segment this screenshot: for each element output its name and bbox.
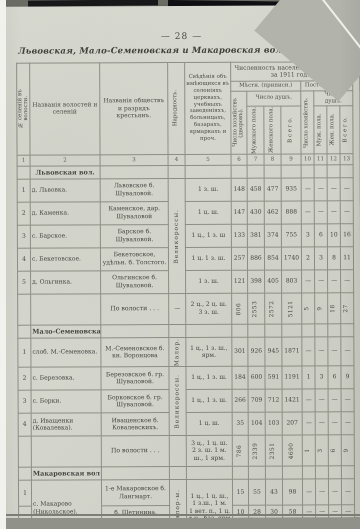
society-cell: Березовское б. гр. Шуваловой.: [101, 367, 169, 390]
outsider-population-cell: —: [328, 270, 341, 293]
header-households-local: Число хозяйствъ (дворовъ).: [231, 91, 247, 154]
header-total-local: В с е г о.: [281, 106, 301, 154]
local-population-cell: 886: [247, 247, 264, 270]
outsider-population-cell: —: [302, 337, 315, 366]
local-population-cell: 148: [231, 178, 247, 201]
header-souls-local: Число душъ.: [247, 91, 301, 106]
local-population-cell: 888: [281, 201, 301, 224]
settlement-cell: с. Барское.: [30, 225, 100, 248]
population-cell: [282, 466, 302, 479]
info-cell: 1 ц. ш.: [186, 412, 232, 435]
table-row: 4с. Бекетовское.Бекетовское, удѣльн. б. …: [17, 247, 353, 271]
local-population-cell: 477: [264, 178, 281, 201]
nationality-cell: —: [169, 293, 186, 324]
local-population-cell: 15: [232, 479, 248, 505]
column-index: 1: [17, 155, 30, 166]
outsider-population-cell: 9: [341, 366, 354, 389]
population-cell: [281, 165, 301, 178]
outsider-population-cell: 6: [328, 366, 341, 389]
outsider-population-cell: —: [328, 389, 341, 412]
local-total-cell: 2572: [265, 293, 282, 324]
outsider-total-cell-text: 6: [331, 448, 338, 452]
local-total-cell-text: 786: [237, 445, 244, 458]
population-cell: [282, 324, 302, 337]
settlement-cell: [31, 294, 101, 325]
nationality-cell: Великороссы.: [169, 367, 186, 436]
local-population-cell: 104: [248, 412, 265, 435]
outsider-population-cell: —: [315, 270, 328, 293]
info-cell: 1 ц. 1 з. ш.: [185, 247, 231, 270]
totals-label: По волости . . .: [101, 436, 169, 467]
header-volost-names: Названія волостей и селеній: [30, 63, 100, 155]
outsider-population-cell: —: [302, 479, 315, 505]
outsider-population-cell: —: [315, 479, 328, 505]
society-cell: Барское б. Шуваловой.: [100, 225, 168, 248]
population-cell: [341, 324, 354, 337]
settlement-cell: [31, 436, 101, 467]
population-cell: [315, 324, 328, 337]
nationality-cell-text: Малор.: [174, 338, 180, 366]
row-number-cell: [18, 467, 31, 480]
outsider-population-cell: 16: [340, 224, 353, 247]
society-cell: Бекетовское, удѣльн. б. Толстого.: [100, 248, 168, 271]
info-cell: 2 ц., 2 ц. ш. 3 з. ш.: [186, 293, 232, 324]
column-index: 4: [168, 154, 185, 165]
nationality-cell: Великороссы.: [168, 178, 186, 293]
local-population-cell: 430: [247, 201, 264, 224]
local-population-cell: 35: [232, 412, 248, 435]
outsider-population-cell: —: [341, 270, 354, 293]
nationality-cell-text: Великороссы.: [174, 374, 180, 429]
local-population-cell: 854: [264, 247, 281, 270]
local-population-cell: 755: [281, 224, 301, 247]
row-number-cell: 2: [17, 202, 30, 225]
nationality-cell: [169, 436, 186, 467]
outsider-population-cell: —: [302, 270, 315, 293]
outsider-population-cell: —: [328, 412, 341, 435]
column-index: 6: [231, 154, 247, 165]
table-row: 1с. Макарово (Никольское).1-е Макаровско…: [18, 479, 354, 506]
info-cell: 1 з. ш.: [186, 270, 232, 293]
header-local-group: Мѣстн. (приписн.): [231, 81, 301, 91]
local-population-cell: 709: [248, 389, 265, 412]
population-cell: [341, 466, 354, 479]
outsider-population-cell: 2: [301, 247, 314, 270]
row-number-cell: [18, 436, 31, 467]
settlement-cell: с. Борки.: [31, 390, 101, 413]
table-row: 2д. Каменка.Каменское, дар. Шуваловой1 ц…: [17, 201, 353, 225]
outsider-population-cell: —: [315, 412, 328, 435]
local-total-cell-text: 2351: [270, 442, 277, 459]
info-cell: 1 ц., 1 з. ш.: [186, 389, 232, 412]
outsider-population-cell: —: [301, 201, 314, 224]
volost-totals-row: По волости . . .—2 ц., 2 ц. ш. 3 з. ш.80…: [18, 293, 354, 325]
row-number-cell: 3: [18, 390, 31, 413]
section-title: Макаровская вол: [31, 467, 101, 480]
row-number-cell: [18, 325, 31, 338]
population-cell: [302, 324, 315, 337]
local-population-cell: 462: [264, 201, 281, 224]
column-index: 3: [100, 155, 168, 166]
local-total-cell: 806: [232, 293, 248, 324]
column-index: 11: [314, 154, 327, 165]
scanner-edge-strip: [0, 0, 6, 529]
outsider-population-cell: —: [341, 412, 354, 435]
local-population-cell: 405: [265, 270, 282, 293]
outsider-population-cell: —: [314, 201, 327, 224]
outsider-population-cell: —: [301, 178, 314, 201]
outsider-total-cell-text: 9: [318, 306, 325, 310]
local-population-cell: 381: [247, 224, 264, 247]
population-cell: [328, 466, 341, 479]
table-row: 3с. Барское.Барское б. Шуваловой.1 ц., 1…: [17, 224, 353, 248]
society-cell: Каменское, дар. Шуваловой: [100, 202, 168, 225]
settlement-cell: д. Каменка.: [30, 202, 100, 225]
local-total-cell-text: 2572: [270, 300, 277, 317]
local-population-cell: 398: [248, 270, 265, 293]
nationality-cell: [169, 324, 186, 337]
local-total-cell: 4690: [282, 435, 302, 466]
column-index: 8: [264, 154, 281, 165]
outsider-total-cell: 5: [302, 293, 315, 324]
outsider-population-cell: —: [340, 178, 353, 201]
outsider-population-cell: —: [315, 337, 328, 366]
population-cell: [328, 324, 341, 337]
scanned-page: — 28 — Львовская, Мало-Семеновская и Мак…: [4, 5, 360, 519]
outsider-population-cell: 1: [302, 366, 315, 389]
population-cell: [315, 466, 328, 479]
nationality-cell: [169, 467, 186, 480]
outsider-population-cell: —: [340, 201, 353, 224]
local-population-cell: 945: [265, 337, 282, 366]
outsider-population-cell: —: [341, 337, 354, 366]
population-cell: [265, 466, 282, 479]
outsider-population-cell: —: [341, 389, 354, 412]
population-cell: [264, 165, 281, 178]
section-title: Львовская вол.: [30, 166, 100, 179]
row-number-cell: 1: [17, 179, 30, 202]
local-population-cell: 301: [232, 337, 248, 366]
column-index: 10: [301, 154, 314, 165]
local-population-cell: 147: [231, 201, 247, 224]
nationality-cell: [168, 165, 185, 178]
local-population-cell: 43: [265, 479, 282, 505]
society-cell: Львовское б. Шуваловой.: [100, 179, 168, 202]
local-total-cell: 5121: [282, 293, 302, 324]
population-cell: [248, 324, 265, 337]
outsider-population-cell: 3: [301, 224, 314, 247]
local-population-cell: 1871: [282, 337, 302, 366]
outsider-population-cell: —: [328, 479, 341, 505]
local-population-cell: 600: [248, 366, 265, 389]
population-cell: [340, 165, 353, 178]
local-total-cell: 786: [232, 435, 248, 466]
society-cell: М.-Семеновское б. кн. Воронцова: [101, 338, 169, 367]
outsider-total-cell: 6: [328, 435, 341, 466]
statistics-table: № селеній въ волости. Названія волостей …: [16, 61, 355, 529]
column-index: 9: [281, 154, 301, 165]
table-row: 1слоб. М.-Семеновка.М.-Семеновское б. кн…: [18, 337, 354, 368]
section-title: Мало-Семеновская вол: [31, 325, 101, 338]
local-population-cell: 1191: [282, 366, 302, 389]
outsider-total-cell-text: 9: [344, 448, 351, 452]
outsider-total-cell: 18: [328, 293, 341, 324]
local-population-cell: 266: [232, 389, 248, 412]
local-population-cell: 133: [231, 224, 247, 247]
outsider-population-cell: 3: [315, 366, 328, 389]
local-total-cell-text: 2553: [253, 300, 260, 317]
society-cell: Ольгинское б. Шуваловой.: [101, 271, 169, 294]
table-row: 3с. Борки.Борковское б. гр. Шуваловой.1 …: [18, 389, 354, 413]
table-body: Львовская вол.1д. Львовка.Львовское б. Ш…: [17, 165, 355, 529]
outsider-population-cell: —: [302, 389, 315, 412]
header-female-out: Жен. пола.: [327, 106, 340, 154]
settlement-cell: с. Березовка.: [31, 367, 101, 390]
row-number-cell: 1: [18, 480, 31, 506]
info-cell: 1 ц., 1 з. ш: [185, 224, 231, 247]
local-population-cell: 935: [281, 178, 301, 201]
column-index: 13: [340, 154, 353, 165]
row-number-cell: [17, 166, 30, 179]
society-cell: [100, 166, 168, 179]
outsider-population-cell: —: [328, 337, 341, 366]
outsider-total-cell: 1: [302, 435, 315, 466]
row-number-cell: 4: [17, 248, 30, 271]
nationality-cell: Малор.: [169, 337, 186, 366]
local-population-cell: 712: [265, 389, 282, 412]
table-header: № селеній въ волости. Названія волостей …: [17, 62, 354, 166]
local-population-cell: 926: [248, 337, 265, 366]
table-row: 4д. Иващенки (Ковалевка).Иващенское б. К…: [18, 412, 354, 436]
outsider-population-cell: 10: [327, 224, 340, 247]
society-cell: [101, 325, 169, 338]
column-index: 5: [185, 154, 231, 165]
outsider-total-cell-text: 3: [318, 448, 325, 452]
outsider-total-cell: 3: [315, 435, 328, 466]
settlement-cell: д. Иващенки (Ковалевка).: [31, 413, 101, 436]
local-population-cell: 591: [265, 366, 282, 389]
volost-totals-row: По волости . . .3 ц., 1 ц. ш. 2 з. ш. 1 …: [18, 435, 354, 467]
outsider-population-cell: —: [315, 389, 328, 412]
outsider-total-cell: 27: [341, 293, 354, 324]
local-population-cell: 458: [247, 178, 264, 201]
settlement-cell: с. Бекетовское.: [30, 248, 100, 271]
row-number-cell: 3: [17, 225, 30, 248]
info-cell: 1 з. ш.: [185, 178, 231, 201]
outsider-total-cell: 9: [315, 293, 328, 324]
population-cell: [301, 165, 314, 178]
header-male-local: Мужского пола.: [247, 106, 264, 154]
column-index: 7: [247, 154, 264, 165]
outsider-total-cell-text: 18: [331, 304, 338, 312]
local-total-cell-text: 5121: [288, 300, 295, 317]
local-population-cell: 257: [231, 247, 247, 270]
local-total-cell-text: 4690: [289, 442, 296, 459]
population-cell: [232, 324, 248, 337]
nationality-cell-text: Великороссы.: [174, 209, 180, 264]
local-total-cell: 2553: [248, 293, 265, 324]
population-cell: [327, 165, 340, 178]
outsider-population-cell: 6: [314, 224, 327, 247]
info-cell: 1 ц., 1 з. ш.: [186, 366, 232, 389]
local-population-cell: 1421: [282, 389, 302, 412]
outsider-population-cell: —: [302, 412, 315, 435]
header-total-out: В с е г о.: [340, 106, 353, 154]
table-row: 2с. Березовка.Березовское б. гр. Шувалов…: [18, 366, 354, 390]
info-cell: 3 ц., 1 ц. ш. 2 з. ш. 1 м. ш., 1 ярм.: [186, 435, 232, 466]
totals-label: По волости . . .: [101, 294, 169, 325]
header-female-local: Женского пола.: [264, 106, 281, 154]
info-cell: 1 ц., 1 з. ш., ярм.: [186, 337, 232, 366]
outsider-population-cell: 8: [327, 247, 340, 270]
outsider-total-cell-text: 1: [305, 448, 312, 452]
settlement-cell: слоб. М.-Семеновка.: [31, 338, 101, 367]
outsider-population-cell: —: [314, 178, 327, 201]
local-population-cell: 55: [248, 479, 265, 505]
header-settlement-no: № селеній въ волости.: [17, 63, 30, 155]
column-index: 2: [30, 155, 100, 166]
row-number-cell: 1: [18, 338, 31, 367]
header-nationality: Народность.: [168, 62, 185, 154]
info-cell: 1 ц. ш.: [185, 201, 231, 224]
header-info: Свѣдѣнія объ имѣющихся въ селеніяхъ церк…: [185, 62, 231, 154]
population-cell: [247, 165, 264, 178]
info-cell: [186, 466, 232, 479]
local-population-cell: 1740: [281, 247, 301, 270]
society-cell: Иващенское б. Ковалевскихъ.: [101, 413, 169, 436]
info-cell: [185, 165, 231, 178]
local-population-cell: 207: [282, 412, 302, 435]
settlement-cell: д. Львовка.: [30, 179, 100, 202]
population-cell: [232, 466, 248, 479]
outsider-population-cell: —: [341, 479, 354, 505]
row-number-cell: [18, 294, 31, 325]
society-cell: Борковское б. гр. Шуваловой.: [101, 390, 169, 413]
header-male-out: Муж. пола.: [314, 106, 327, 154]
local-population-cell: 184: [232, 366, 248, 389]
header-households-out: Число хозяйствъ.: [301, 91, 314, 154]
local-population-cell: 121: [232, 270, 248, 293]
population-cell: [248, 466, 265, 479]
local-total-cell: 2339: [248, 435, 265, 466]
page-bottom-edge: [4, 514, 360, 516]
local-population-cell: 103: [265, 412, 282, 435]
outsider-population-cell: —: [327, 178, 340, 201]
outsider-total-cell-text: 27: [344, 304, 351, 312]
outsider-total-cell: 9: [341, 435, 354, 466]
header-societies: Названія обществъ и разрядъ крестьянъ.: [100, 63, 168, 155]
local-total-cell: 2351: [265, 435, 282, 466]
outsider-total-cell-text: 5: [305, 306, 312, 310]
row-number-cell: 5: [18, 271, 31, 294]
society-cell: 1-е Макаровское б. Лангмарт.: [101, 480, 169, 506]
scan-bottom-shadow: [0, 518, 360, 529]
outsider-population-cell: 11: [340, 247, 353, 270]
local-total-cell-text: 806: [236, 302, 243, 315]
row-number-cell: 4: [18, 413, 31, 436]
population-cell: [265, 324, 282, 337]
info-cell: [186, 324, 232, 337]
table-row: 1д. Львовка.Львовское б. Шуваловой.Велик…: [17, 178, 353, 202]
column-index: 12: [327, 154, 340, 165]
population-cell: [231, 165, 247, 178]
local-population-cell: 98: [282, 479, 302, 505]
table-row: 5д. Ольгинка.Ольгинское б. Шуваловой.1 з…: [18, 270, 354, 294]
settlement-cell: д. Ольгинка.: [31, 271, 101, 294]
population-cell: [314, 165, 327, 178]
local-total-cell-text: 2339: [253, 442, 260, 459]
outsider-population-cell: 3: [314, 247, 327, 270]
row-number-cell: 2: [18, 367, 31, 390]
local-population-cell: 803: [282, 270, 302, 293]
society-cell: [101, 467, 169, 480]
population-cell: [302, 466, 315, 479]
local-population-cell: 374: [264, 224, 281, 247]
outsider-population-cell: —: [327, 201, 340, 224]
